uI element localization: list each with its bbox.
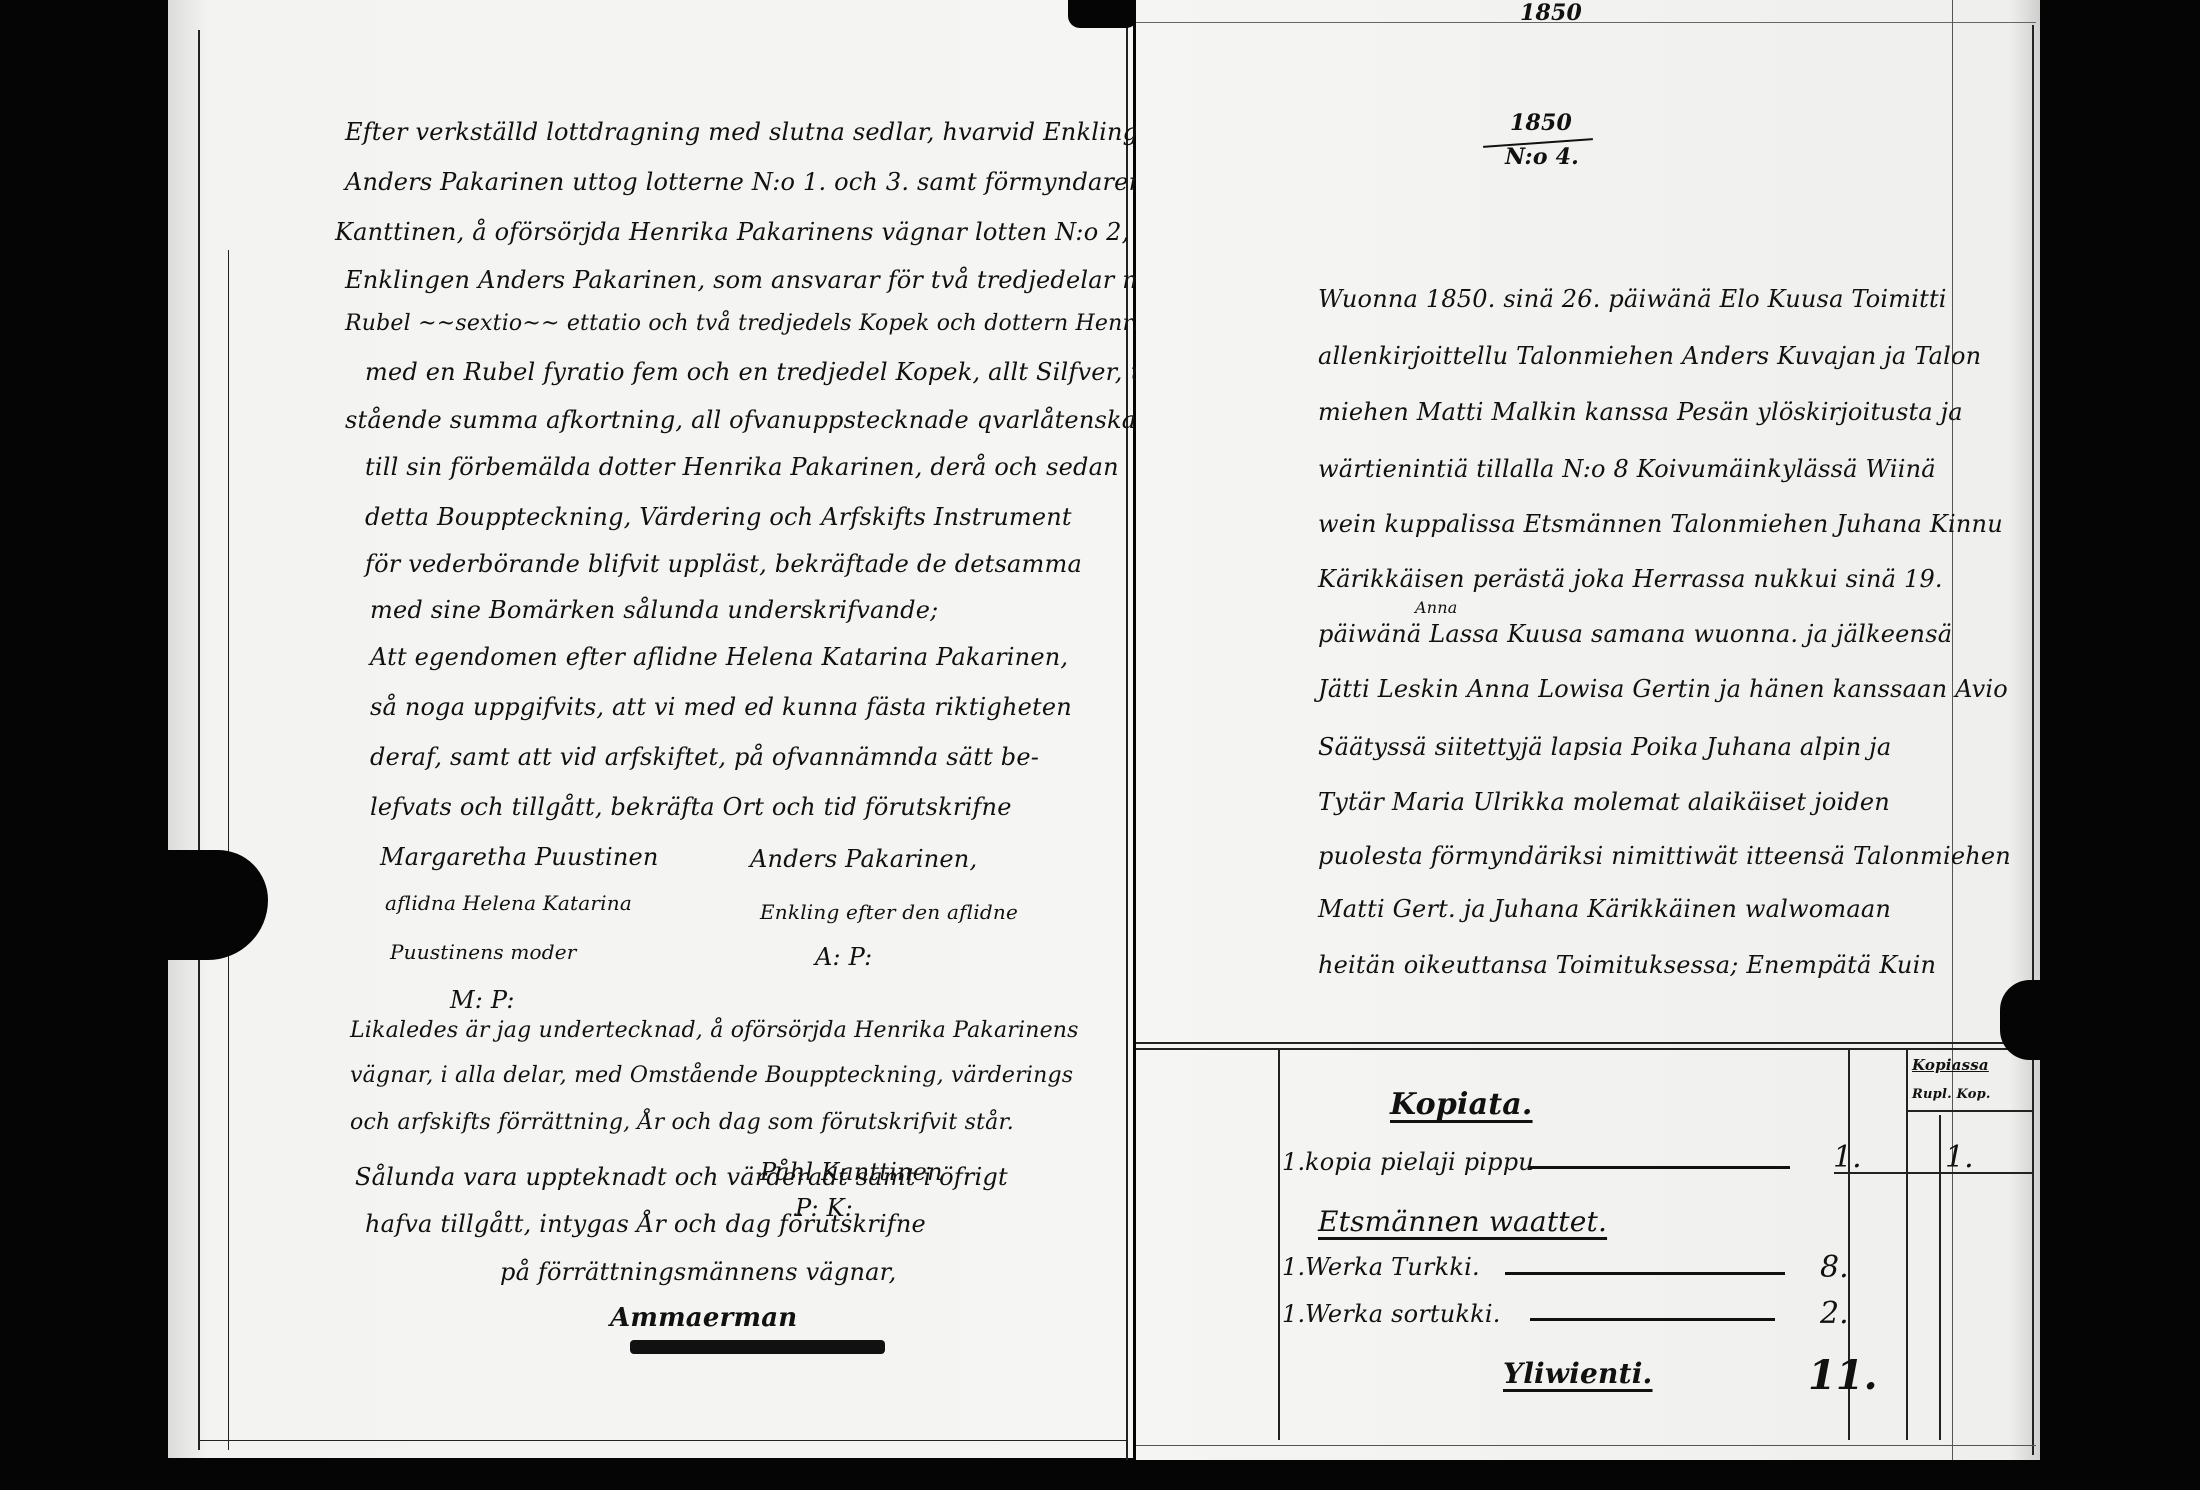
table-col-rule-1	[1278, 1050, 1280, 1440]
total-value: 11.	[1808, 1352, 1878, 1399]
left-line-3: Kanttinen, å oförsörjda Henrika Pakarine…	[335, 220, 1213, 244]
bottom-rule	[198, 1440, 1128, 1441]
sig-margaretha-2: aflidna Helena Katarina	[385, 893, 632, 913]
right-line-6: Kärikkäisen perästä joka Herrassa nukkui…	[1318, 567, 1943, 591]
right-line-8: Jätti Leskin Anna Lowisa Gertin ja hänen…	[1318, 677, 2008, 701]
right-page	[1136, 0, 2040, 1462]
left-line-11: med sine Bomärken sålunda underskrifvand…	[370, 598, 938, 622]
left-line-6: med en Rubel fyratio fem och en tredjede…	[365, 360, 1221, 384]
left-line-14: deraf, samt att vid arfskiftet, på ofvan…	[370, 745, 1039, 769]
likaledes-line-3: och arfskifts förrättning, År och dag so…	[350, 1112, 1014, 1134]
item-desc-3: Werka sortukki.	[1305, 1302, 1501, 1326]
likaledes-line-2: vägnar, i alla delar, med Omstående Boup…	[350, 1065, 1073, 1087]
left-line-7: stående summa afkortning, all ofvanuppst…	[345, 408, 1152, 432]
scan-bottom-border	[0, 1460, 2200, 1490]
margin-rule-inner	[228, 250, 229, 1450]
left-line-2: Anders Pakarinen uttog lotterne N:o 1. o…	[345, 170, 1190, 194]
right-line-1: Wuonna 1850. sinä 26. päiwänä Elo Kuusa …	[1318, 287, 1947, 311]
item-value-1: 1.	[1833, 1140, 1862, 1175]
right-line-13: heitän oikeuttansa Toimituksessa; Enempä…	[1318, 953, 1936, 977]
total-label: Yliwienti.	[1503, 1360, 1653, 1388]
marginal-note: Anna	[1415, 600, 1458, 616]
sig-margaretha-mark: M: P:	[450, 988, 515, 1012]
sig-anders-1: Anders Pakarinen,	[750, 847, 977, 871]
signature-underline	[630, 1340, 885, 1354]
item-kop-1: 1.	[1945, 1140, 1974, 1175]
page-year-top: 1850	[1520, 2, 1582, 24]
margin-rule-outer	[198, 30, 200, 1450]
left-line-1: Efter verkställd lottdragning med slutna…	[345, 120, 1168, 144]
col-header-kopiassa: Kopiassa	[1912, 1058, 1989, 1073]
sig-margaretha-3: Puustinens moder	[390, 942, 577, 962]
right-edge-rule	[2032, 25, 2034, 1455]
right-line-5: wein kuppalissa Etsmännen Talonmiehen Ju…	[1318, 512, 2003, 536]
right-line-11: puolesta förmyndäriksi nimittiwät itteen…	[1318, 844, 2011, 868]
section-title-etsmannen: Etsmännen waattet.	[1318, 1208, 1607, 1236]
item-leader-2	[1505, 1272, 1785, 1275]
right-line-10: Tytär Maria Ulrikka molemat alaikäiset j…	[1318, 790, 1890, 814]
left-line-15: lefvats och tillgått, bekräfta Ort och t…	[370, 795, 1012, 819]
left-line-4: Enklingen Anders Pakarinen, som ansvarar…	[345, 268, 1221, 292]
likaledes-line-1: Likaledes är jag undertecknad, å oförsör…	[350, 1020, 1079, 1042]
table-header-rule	[1908, 1110, 2033, 1112]
item-desc-1: kopia pielaji pippu	[1305, 1150, 1534, 1174]
table-col-rule-3	[1906, 1050, 1908, 1440]
item-qty-3: 1.	[1282, 1302, 1305, 1326]
right-margin-rule	[1952, 0, 1953, 1460]
item-desc-2: Werka Turkki.	[1305, 1255, 1480, 1279]
left-line-12: Att egendomen efter aflidne Helena Katar…	[370, 645, 1068, 669]
item-value-3: 2.	[1820, 1296, 1849, 1331]
right-line-4: wärtienintiä tillalla N:o 8 Koivumäinkyl…	[1318, 457, 1936, 481]
item-leader-1b	[1530, 1166, 1790, 1169]
page-number: N:o 4.	[1505, 146, 1579, 168]
table-bottom-rule	[1136, 1445, 2036, 1446]
signature-ammaerman: Ammaerman	[610, 1305, 797, 1331]
table-col-rule-4	[1939, 1115, 1941, 1440]
table-top-rule-1	[1136, 1042, 2036, 1044]
left-line-13: så noga uppgifvits, att vi med ed kunna …	[370, 695, 1072, 719]
right-line-9: Säätyssä siitettyjä lapsia Poika Juhana …	[1318, 735, 1891, 759]
item-leader-3	[1530, 1318, 1775, 1321]
section-title-kopiata: Kopiata.	[1390, 1090, 1533, 1120]
scan-right-shadow	[2000, 980, 2045, 1060]
right-line-7: päiwänä Lassa Kuusa samana wuonna. ja jä…	[1318, 622, 1952, 646]
page-year: 1850	[1510, 112, 1572, 134]
ink-blot-left-edge	[158, 850, 268, 960]
sig-anders-2: Enkling efter den aflidne	[760, 902, 1018, 922]
salunda-block-line-1: Sålunda vara uppteknadt och värderadt sa…	[355, 1165, 1008, 1189]
item-qty-2: 1.	[1282, 1255, 1305, 1279]
right-line-12: Matti Gert. ja Juhana Kärikkäinen walwom…	[1318, 897, 1891, 921]
left-line-10: för vederbörande blifvit uppläst, bekräf…	[365, 552, 1082, 576]
top-rule	[1136, 22, 2036, 23]
item-qty-1: 1.	[1282, 1150, 1305, 1174]
right-line-3: miehen Matti Malkin kanssa Pesän ylöskir…	[1318, 400, 1963, 424]
left-line-8: till sin förbemälda dotter Henrika Pakar…	[365, 455, 1119, 479]
item-value-2: 8.	[1820, 1250, 1849, 1285]
left-line-9: detta Bouppteckning, Värdering och Arfsk…	[365, 505, 1072, 529]
sig-anders-mark: A: P:	[815, 945, 872, 969]
salunda-block-line-3: på förrättningsmännens vägnar,	[500, 1260, 897, 1284]
col-header-rupl-kop: Rupl. Kop.	[1912, 1088, 1991, 1101]
right-line-2: allenkirjoittellu Talonmiehen Anders Kuv…	[1318, 344, 1981, 368]
table-row1-rule	[1834, 1172, 2034, 1174]
table-top-rule-2	[1136, 1048, 2036, 1050]
salunda-block-line-2: hafva tillgått, intygas År och dag förut…	[365, 1212, 926, 1236]
binding-tab-top	[1068, 0, 1138, 28]
sig-margaretha-1: Margaretha Puustinen	[380, 845, 659, 869]
